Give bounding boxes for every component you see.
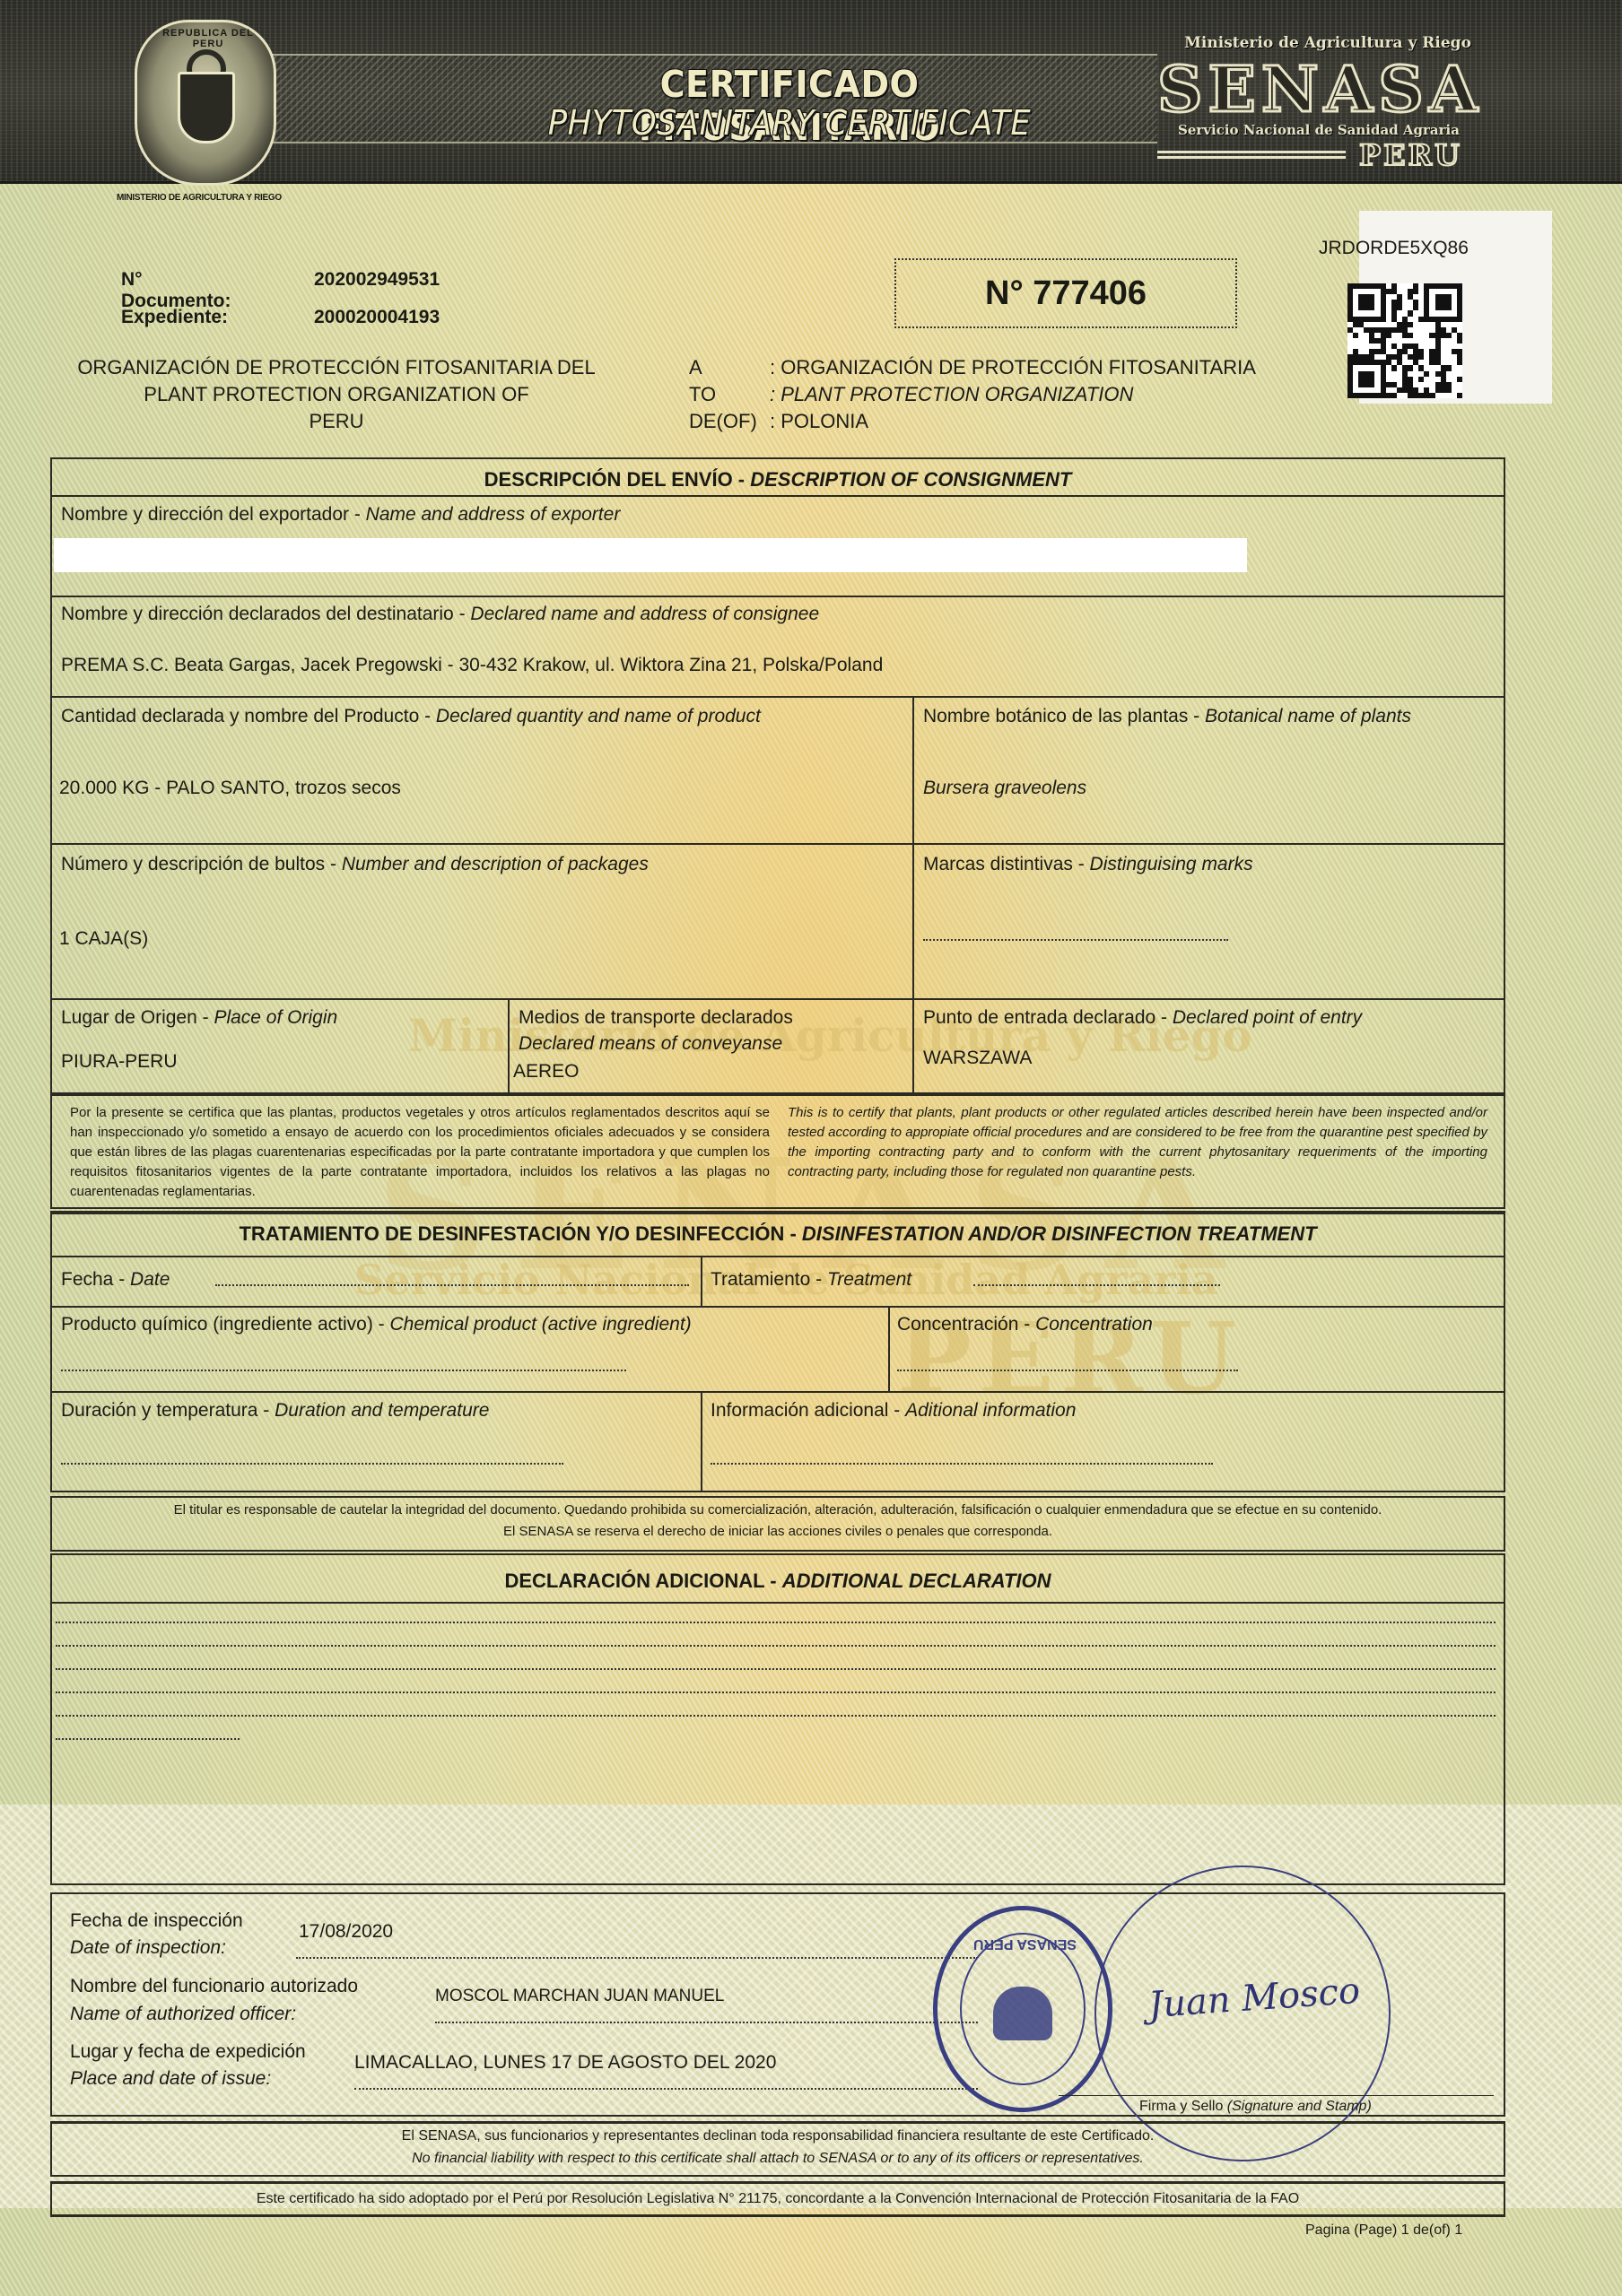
- entry-value: WARSZAWA: [923, 1048, 1032, 1069]
- divider: [508, 998, 510, 1094]
- consignee-label: Nombre y dirección declarados del destin…: [61, 604, 819, 625]
- ministry-caption: MINISTERIO DE AGRICULTURA Y RIEGO: [117, 193, 282, 203]
- divider: [701, 1391, 702, 1492]
- to-value: : POLONIA: [770, 408, 868, 435]
- divider: [888, 1306, 890, 1391]
- to-key: TO: [689, 381, 770, 408]
- senasa-ministry-text: Ministerio de Agricultura y Riego: [1175, 34, 1480, 52]
- declaration-line[interactable]: [56, 1668, 1496, 1670]
- inspection-date-label-en: Date of inspection:: [70, 1937, 226, 1959]
- senasa-stamp-icon: SENASA PERU: [933, 1906, 1112, 2112]
- divider: [50, 696, 1505, 698]
- duration-label: Duración y temperatura - Duration and te…: [61, 1400, 489, 1422]
- liability-spanish: El SENASA, sus funcionarios y representa…: [50, 2126, 1505, 2146]
- officer-line: [435, 2022, 978, 2023]
- expediente-label: Expediente:: [121, 307, 228, 328]
- chemical-label: Producto químico (ingrediente activo) - …: [61, 1314, 692, 1335]
- stamp-emblem-icon: [993, 1987, 1052, 2040]
- notice-line-2: El SENASA se reserva el derecho de inici…: [50, 1522, 1505, 1542]
- divider: [50, 843, 1505, 845]
- declaration-line[interactable]: [56, 1738, 240, 1740]
- treatment-type-blank[interactable]: [973, 1284, 1220, 1286]
- marks-blank: [923, 939, 1228, 941]
- from-line-2: PLANT PROTECTION ORGANIZATION OF: [54, 381, 619, 408]
- transport-label-en: Declared means of conveyanse: [519, 1033, 782, 1055]
- treatment-title: TRATAMIENTO DE DESINFESTACIÓN Y/O DESINF…: [50, 1222, 1505, 1246]
- issue-label-es: Lugar y fecha de expedición: [70, 2041, 306, 2063]
- treatment-section: [50, 1211, 1505, 1492]
- packages-value: 1 CAJA(S): [59, 928, 148, 950]
- divider: [50, 495, 1505, 497]
- crest-text: REPUBLICA DEL PERU: [148, 28, 268, 49]
- divider: [50, 1602, 1505, 1604]
- page-indicator: Pagina (Page) 1 de(of) 1: [1305, 2222, 1462, 2239]
- to-row: TO: PLANT PROTECTION ORGANIZATION: [689, 381, 1256, 408]
- consignment-title: DESCRIPCIÓN DEL ENVÍO - DESCRIPTION OF C…: [50, 468, 1505, 491]
- botanical-label: Nombre botánico de las plantas - Botanic…: [923, 706, 1411, 727]
- to-value: : ORGANIZACIÓN DE PROTECCIÓN FITOSANITAR…: [770, 354, 1256, 381]
- treatment-date-label: Fecha - Date: [61, 1269, 170, 1291]
- consignee-value: PREMA S.C. Beata Gargas, Jacek Pregowski…: [61, 655, 883, 676]
- exporter-label: Nombre y dirección del exportador - Name…: [61, 504, 620, 526]
- title-english: PHYTOSANITARY CERTIFICATE: [522, 103, 1056, 143]
- treatment-date-blank[interactable]: [215, 1284, 689, 1286]
- concentration-label: Concentración - Concentration: [897, 1314, 1153, 1335]
- verification-code: JRDORDE5XQ86: [1319, 238, 1469, 259]
- transport-value: AEREO: [513, 1061, 580, 1083]
- concentration-blank[interactable]: [897, 1370, 1238, 1371]
- officer-label-en: Name of authorized officer:: [70, 2004, 296, 2025]
- issue-label-en: Place and date of issue:: [70, 2068, 271, 2090]
- issue-value: LIMACALLAO, LUNES 17 DE AGOSTO DEL 2020: [354, 2052, 776, 2074]
- declaration-line[interactable]: [56, 1692, 1496, 1693]
- peru-coat-of-arms-icon: REPUBLICA DEL PERU: [135, 20, 276, 186]
- divider: [50, 1391, 1505, 1393]
- signature-label: Firma y Sello (Signature and Stamp): [1139, 2099, 1372, 2115]
- qr-code-icon[interactable]: [1347, 283, 1462, 398]
- senasa-service-text: Servicio Nacional de Sanidad Agraria: [1157, 122, 1480, 138]
- from-line-3: PERU: [54, 408, 619, 435]
- to-row: DE(OF): POLONIA: [689, 408, 1256, 435]
- chemical-blank[interactable]: [61, 1370, 626, 1371]
- divider: [50, 596, 1505, 597]
- senasa-country: PERU: [1359, 138, 1462, 172]
- certification-english: This is to certify that plants, plant pr…: [788, 1103, 1487, 1182]
- origin-value: PIURA-PERU: [61, 1051, 178, 1073]
- certification-spanish: Por la presente se certifica que las pla…: [70, 1103, 770, 1202]
- inspection-date-label-es: Fecha de inspección: [70, 1910, 243, 1932]
- inspection-date-value: 17/08/2020: [299, 1921, 393, 1943]
- certificate-header: REPUBLICA DEL PERU CERTIFICADO FITOSANIT…: [0, 0, 1622, 184]
- inspection-date-line: [296, 1957, 978, 1959]
- packages-label: Número y descripción de bultos - Number …: [61, 854, 649, 875]
- issue-line: [354, 2088, 978, 2090]
- declaration-line[interactable]: [56, 1715, 1496, 1717]
- divider: [701, 1256, 702, 1306]
- to-key: DE(OF): [689, 408, 770, 435]
- declaration-line[interactable]: [56, 1645, 1496, 1647]
- certificate-number: N° 777406: [894, 258, 1237, 328]
- from-line-1: ORGANIZACIÓN DE PROTECCIÓN FITOSANITARIA…: [54, 354, 619, 381]
- marks-label: Marcas distintivas - Distinguising marks: [923, 854, 1253, 875]
- issuing-organization: ORGANIZACIÓN DE PROTECCIÓN FITOSANITARIA…: [54, 354, 619, 435]
- divider: [50, 998, 1505, 1000]
- info-blank[interactable]: [711, 1463, 1213, 1465]
- documento-label: N° Documento:: [121, 269, 231, 312]
- divider: [912, 696, 914, 1001]
- officer-value: MOSCOL MARCHAN JUAN MANUEL: [435, 1987, 724, 2006]
- stamp-text: SENASA PERU: [973, 1935, 1077, 1952]
- expediente-value: 200020004193: [314, 307, 440, 328]
- adoption-text: Este certificado ha sido adoptado por el…: [50, 2189, 1505, 2209]
- info-label: Información adicional - Aditional inform…: [711, 1400, 1076, 1422]
- declaration-line[interactable]: [56, 1622, 1496, 1623]
- divider: [50, 1306, 1505, 1308]
- divider: [912, 998, 914, 1094]
- entry-label: Punto de entrada declarado - Declared po…: [923, 1007, 1362, 1029]
- to-value: : PLANT PROTECTION ORGANIZATION: [770, 381, 1133, 408]
- liability-english: No financial liability with respect to t…: [50, 2149, 1505, 2169]
- quantity-label: Cantidad declarada y nombre del Producto…: [61, 706, 761, 727]
- crest-shield: [178, 72, 235, 143]
- to-key: A: [689, 354, 770, 381]
- senasa-wordmark: SENASA: [1157, 54, 1480, 126]
- documento-value: 202002949531: [314, 269, 440, 291]
- senasa-logo: Ministerio de Agricultura y Riego SENASA…: [1157, 34, 1480, 169]
- additional-declaration-title: DECLARACIÓN ADICIONAL - ADDITIONAL DECLA…: [50, 1570, 1505, 1593]
- quantity-value: 20.000 KG - PALO SANTO, trozos secos: [59, 778, 401, 799]
- notice-line-1: El titular es responsable de cautelar la…: [50, 1500, 1505, 1520]
- destination-organization: A: ORGANIZACIÓN DE PROTECCIÓN FITOSANITA…: [689, 354, 1256, 435]
- transport-label-es: Medios de transporte declarados: [519, 1007, 793, 1029]
- duration-blank[interactable]: [61, 1463, 563, 1465]
- to-row: A: ORGANIZACIÓN DE PROTECCIÓN FITOSANITA…: [689, 354, 1256, 381]
- senasa-rule: [1157, 151, 1346, 159]
- botanical-value: Bursera graveolens: [923, 778, 1086, 799]
- treatment-type-label: Tratamiento - Treatment: [711, 1269, 911, 1291]
- origin-label: Lugar de Origen - Place of Origin: [61, 1007, 337, 1029]
- exporter-redacted: [54, 538, 1247, 572]
- signature-line: [1059, 2095, 1494, 2096]
- divider: [50, 1256, 1505, 1257]
- officer-label-es: Nombre del funcionario autorizado: [70, 1976, 358, 1997]
